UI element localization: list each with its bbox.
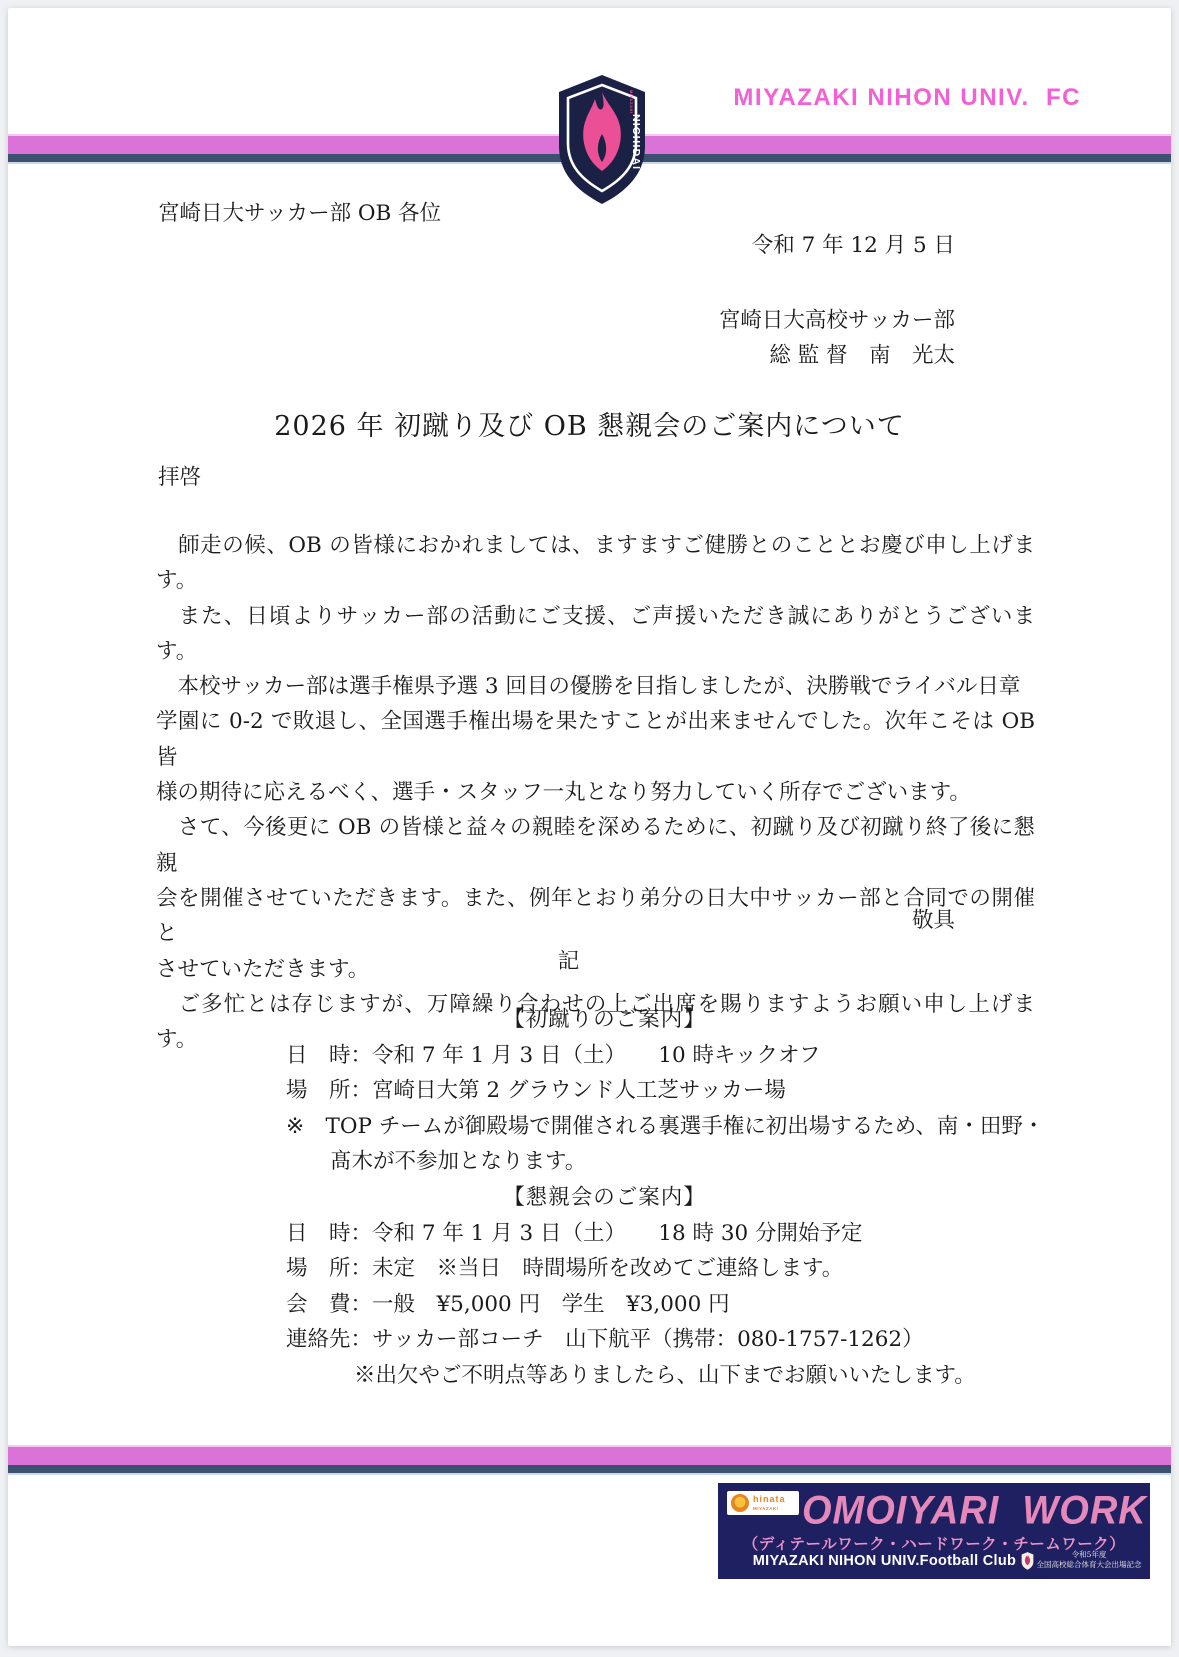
letter-body: 師走の候、OB の皆様におかれましては、ますますご健勝とのこととお慶び申し上げま… (156, 528, 1035, 1057)
body-line: 本校サッカー部は選手権県予選 3 回目の優勝を目指しましたが、決勝戦でライバル日… (156, 669, 1035, 704)
hinata-sub: MIYAZAKI (753, 1504, 786, 1514)
konshinkai-note: ※出欠やご不明点等ありましたら、山下までお願いいたします。 (158, 1358, 1051, 1394)
hatsukeri-note-line1: ※ TOP チームが御殿場で開催される裏選手権に初出場するため、南・田野・ (158, 1109, 1051, 1145)
konshinkai-heading: 【懇親会のご案内】 (158, 1180, 1051, 1216)
footer-stripe-light (8, 1473, 1171, 1475)
body-line: また、日頃よりサッカー部の活動にご支援、ご声援いただき誠にありがとうございます。 (156, 599, 1035, 670)
letter-salutation: 拝啓 (158, 460, 201, 491)
konshinkai-place: 場 所：未定 ※当日 時間場所を改めてご連絡します。 (158, 1251, 1051, 1287)
svg-text:MIYAZAKI: MIYAZAKI (629, 90, 634, 114)
record-mark: 記 (8, 944, 1131, 975)
hatsukeri-note-line2: 髙木が不参加となります。 (158, 1144, 1051, 1180)
sun-icon (731, 1494, 749, 1512)
konshinkai-datetime: 日 時：令和 7 年 1 月 3 日（土） 18 時 30 分開始予定 (158, 1216, 1051, 1252)
body-line: 会を開催させていただきます。また、例年とおり弟分の日大中サッカー部と合同での開催… (156, 881, 1035, 952)
footer-banner: hinata MIYAZAKI OMOIYARI WORK （ディテールワーク・… (718, 1483, 1150, 1579)
hatsukeri-datetime: 日 時：令和 7 年 1 月 3 日（土） 10 時キックオフ (158, 1038, 1051, 1074)
footer-stripe-pink (8, 1447, 1171, 1465)
footer-stripe-navy (8, 1465, 1171, 1473)
letter-sender-org: 宮崎日大高校サッカー部 (719, 303, 955, 334)
body-line: 学園に 0-2 で敗退し、全国選手権出場を果たすことが出来ませんでした。次年こそ… (156, 704, 1035, 775)
header-club-name: MIYAZAKI NIHON UNIV. FC (733, 84, 1081, 112)
letter-sender-name: 総 監 督 南 光太 (769, 338, 955, 369)
memorial-line1: 令和5年度 (1033, 1550, 1145, 1560)
body-line: 様の期待に応えるべく、選手・スタッフ一丸となり努力していく所存でございます。 (156, 775, 1035, 810)
hinata-miyazaki-logo: hinata MIYAZAKI (727, 1491, 799, 1515)
screenshot-root: { "header": { "club_name": "MIYAZAKI NIH… (0, 0, 1179, 1657)
banner-slogan: OMOIYARI WORK (802, 1482, 1146, 1536)
hatsukeri-heading: 【初蹴りのご案内】 (158, 1002, 1051, 1038)
hinata-name: hinata (753, 1494, 786, 1504)
svg-text:NICHIDAI: NICHIDAI (630, 114, 642, 170)
konshinkai-fee: 会 費：一般 ¥5,000 円 学生 ¥3,000 円 (158, 1287, 1051, 1323)
memorial-line2: 全国高校総合体育大会出場記念 (1033, 1560, 1145, 1570)
body-line: 師走の候、OB の皆様におかれましては、ますますご健勝とのこととお慶び申し上げま… (156, 528, 1035, 599)
konshinkai-contact: 連絡先：サッカー部コーチ 山下航平（携帯：080-1757-1262） (158, 1322, 1051, 1358)
shield-flame-icon: MIYAZAKI NICHIDAI (557, 74, 647, 206)
club-crest-logo: MIYAZAKI NICHIDAI (557, 74, 647, 206)
banner-memorial-text: 令和5年度 全国高校総合体育大会出場記念 (1033, 1550, 1145, 1570)
letter-addressee: 宮崎日大サッカー部 OB 各位 (158, 196, 441, 227)
banner-club-text: MIYAZAKI NIHON UNIV.Football Club (753, 1553, 1016, 1569)
event-details: 【初蹴りのご案内】 日 時：令和 7 年 1 月 3 日（土） 10 時キックオ… (158, 1002, 1051, 1394)
document-page: MIYAZAKI NIHON UNIV. FC MIYAZAKI NICHIDA… (8, 8, 1171, 1646)
letter-date: 令和 7 年 12 月 5 日 (752, 228, 955, 259)
banner-club-line: MIYAZAKI NIHON UNIV.Football Club (748, 1552, 1040, 1570)
body-line: さて、今後更に OB の皆様と益々の親睦を深めるために、初蹴り及び初蹴り終了後に… (156, 810, 1035, 881)
letter-closing: 敬具 (912, 903, 955, 934)
hatsukeri-place: 場 所：宮崎日大第 2 グラウンド人工芝サッカー場 (158, 1073, 1051, 1109)
hinata-logo-text: hinata MIYAZAKI (753, 1494, 786, 1514)
letter-title: 2026 年 初蹴り及び OB 懇親会のご案内について (8, 404, 1171, 443)
